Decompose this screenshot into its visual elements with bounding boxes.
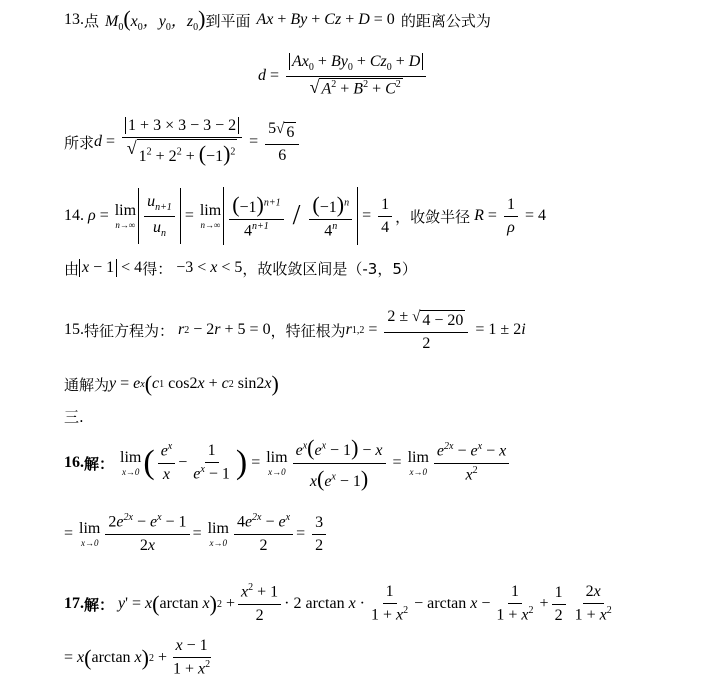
plane-equation: Ax + By + Cz + D = 0 <box>256 11 394 29</box>
general-solution: 通解为 y = ex(c1 cos2x + c2 sin2x) <box>64 370 279 398</box>
result-label: 所求 <box>64 132 94 153</box>
convergence-interval: 由 x − 1 < 4 得： −3 < x < 5 ，故收敛区间是（-3，5） <box>64 256 417 280</box>
distance-formula: d = Ax0 + By0 + Cz0 + D √A2 + B2 + C2 <box>258 46 429 106</box>
intro-text: 到平面 <box>205 10 250 31</box>
problem-17-line-2: = x(arctan x)2 + x − 11 + x2 <box>64 636 216 680</box>
problem-15-char-eq: 15. 特征方程为： r2 − 2r + 5 = 0 ，特征根为 r1,2 = … <box>64 300 526 360</box>
point-label: M0(x0，y0，z0) <box>105 6 205 33</box>
problem-16-line-1: 16.解： limx→0 ( exx − 1ex − 1 ) = limx→0 … <box>64 432 512 494</box>
problem-17-line-1: 17.解： y' = x(arctan x)2 + x2 + 12 · 2 ar… <box>64 576 618 632</box>
interval-result: ，故收敛区间是（-3，5） <box>242 258 417 279</box>
intro-text: 的距离公式为 <box>401 10 491 31</box>
intro-text: 点 <box>84 10 99 31</box>
radius-label: ，收敛半径 <box>395 206 470 227</box>
problem-13-statement: 13. 点 M0(x0，y0，z0) 到平面 Ax + By + Cz + D … <box>64 8 491 32</box>
problem-14-ratio: 14. ρ = limn→∞ un+1un = limn→∞ (−1)n+14n… <box>64 184 546 248</box>
problem-number: 14. <box>64 207 84 225</box>
section-heading: 三. <box>64 406 84 426</box>
problem-13-result: 所求 d = 1 + 3 × 3 − 3 − 2 √12 + 22 + (−1)… <box>64 112 302 172</box>
problem-number: 13. <box>64 11 84 29</box>
problem-16-line-2: = limx→0 2e2x − ex − 12x = limx→0 4e2x −… <box>64 508 329 560</box>
